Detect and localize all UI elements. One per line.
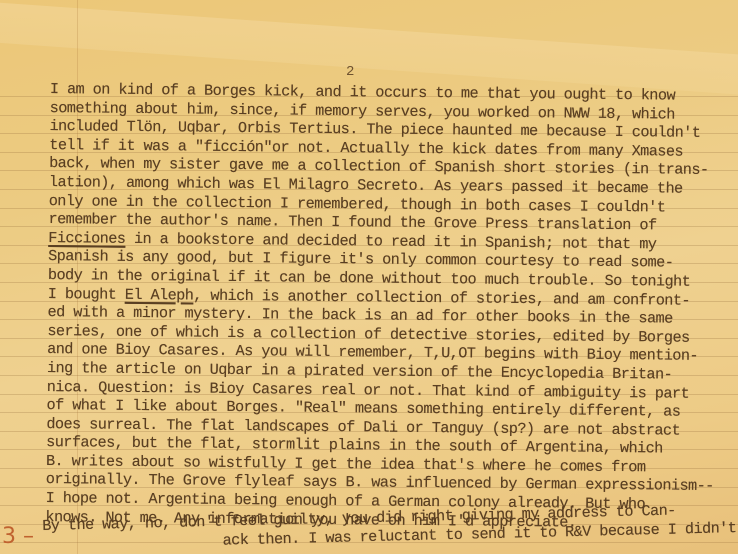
underlined-title: El Aleph	[125, 285, 194, 304]
letter-body: I am on kind of a Borges kick, and it oc…	[45, 80, 730, 533]
underlined-title: Ficciones	[48, 229, 125, 248]
handwritten-annotation: 3 –	[2, 524, 34, 549]
page-number: 2	[346, 64, 354, 80]
